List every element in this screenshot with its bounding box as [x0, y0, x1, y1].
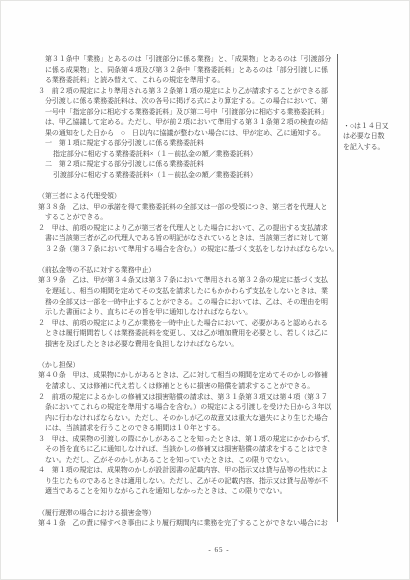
contract-line: り生じたものであるときは適用しない。ただし、乙がその記載内容、指示又は貸与品等が… [38, 476, 338, 487]
contract-line: る業務委託料」と読み替えて、これらの規定を準用する。 [38, 75, 338, 86]
contract-line: に係る成果物」と、同条第４項及び第３２条中「業務委託料」とあるのは「部分引渡しに… [38, 65, 338, 76]
contract-text-block: 第３１条中「業務」とあるのは「引渡部分に係る業務」と、「成果物」とあるのは「引渡… [38, 54, 338, 529]
contract-line: （履行遅滞の場合における損害金等） [38, 508, 338, 519]
contract-line: は、甲乙協議して定める。ただし、甲が前２項において準用する第３１条第２項の検査の… [38, 117, 338, 128]
contract-line [38, 254, 338, 265]
margin-divider-rule [337, 54, 338, 522]
margin-note-line: は必要な日数 [343, 131, 407, 141]
contract-line [38, 181, 338, 192]
contract-line: を請求し、又は修補に代え若しくは修補とともに損害の賠償を請求することができる。 [38, 381, 338, 392]
contract-line: ４ 第１項の規定は、成果物のかしが設計図書の記載内容、甲の指示又は貸与品等の性状… [38, 465, 338, 476]
margin-note: ・○は１４日又は必要な日数を記入する。 [343, 121, 407, 152]
contract-line: （第三者による代理受領） [38, 191, 338, 202]
contract-line: ３２条（第３７条において準用する場合を含む。）の規定に基づく支払をしなければなら… [38, 244, 338, 255]
contract-line: その旨を直ちに乙に通知しなければ、当該かしの修補又は損害賠償の請求をすることはで… [38, 444, 338, 455]
contract-line: 一 第１項に規定する部分引渡しに係る業務委託料 [38, 138, 338, 149]
contract-line: ２ 前項の規定によるかしの修補又は損害賠償の請求は、第３１条第３項又は第４項（第… [38, 392, 338, 403]
contract-line: することができる。 [38, 212, 338, 223]
contract-line: 内に行わなければならない。ただし、そのかしが乙の故意又は重大な過失により生じた場… [38, 413, 338, 424]
contract-line: 損害を及ぼしたときは必要な費用を負担しなければならない。 [38, 339, 338, 350]
contract-line: 果の通知をした日から ○ 日以内に協議が整わない場合には、甲が定め、乙に通知する… [38, 128, 338, 139]
contract-line: 第３９条 乙は、甲が第３４条又は第３７条において準用される第３２条の規定に基づく… [38, 275, 338, 286]
contract-line: ２ 甲は、前項の規定により乙が業務を一時中止した場合において、必要があると認めら… [38, 318, 338, 329]
contract-line: 指定部分に相応する業務委託料×（１－前払金の額／業務委託料） [38, 149, 338, 160]
contract-line: ３ 甲は、成果物の引渡しの際にかしがあることを知ったときは、第１項の規定にかかわ… [38, 434, 338, 445]
contract-line: ときは履行期間若しくは業務委託料を変更し、又は乙が増加費用を必要とし、若しくは乙… [38, 328, 338, 339]
contract-line: 一号中「指定部分に相応する業務委託料」及び第二号中「引渡部分に相応する業務委託料… [38, 107, 338, 118]
contract-line: （かし担保） [38, 360, 338, 371]
margin-note-line: を記入する。 [343, 142, 407, 152]
scanned-contract-page: 第３１条中「業務」とあるのは「引渡部分に係る業務」と、「成果物」とあるのは「引渡… [0, 0, 410, 580]
contract-line [38, 349, 338, 360]
contract-line: ない。ただし、乙がそのかしがあることを知っていたときは、この限りでない。 [38, 455, 338, 466]
contract-line: 適当であることを知りながらこれを通知しなかったときは、この限りでない。 [38, 486, 338, 497]
contract-line: 二 第２項に規定する部分引渡しに係る業務委託料 [38, 159, 338, 170]
contract-line: 第４１条 乙の責に帰すべき事由により履行期間内に業務を完了することができない場合… [38, 518, 338, 529]
contract-line: 条においてこれらの規定を準用する場合を含む。）の規定による引渡しを受けた日から３… [38, 402, 338, 413]
contract-line: 第４０条 甲は、成果物にかしがあるときは、乙に対して相当の期間を定めてそのかしの… [38, 370, 338, 381]
page-number: - 65 - [30, 546, 408, 554]
contract-line: 務の全部又は一部を一時中止することができる。この場合においては、乙は、その理由を… [38, 297, 338, 308]
contract-line: （前払金等の不払に対する業務中止） [38, 265, 338, 276]
contract-line [38, 497, 338, 508]
contract-line: ３ 前２項の規定により準用される第３２条第１項の規定により乙が請求することができ… [38, 86, 338, 97]
margin-note-line: ・○は１４日又 [343, 121, 407, 131]
contract-line: 示した書面により、直ちにその旨を甲に通知しなければならない。 [38, 307, 338, 318]
contract-line: 第３８条 乙は、甲の承諾を得て業務委託料の全部又は一部の受領につき、第三者を代理… [38, 202, 338, 213]
contract-line: 書に当該第三者が乙の代理人である旨の明記がなされているときは、当該第三者に対して… [38, 233, 338, 244]
contract-line: 第３１条中「業務」とあるのは「引渡部分に係る業務」と、「成果物」とあるのは「引渡… [38, 54, 338, 65]
contract-line: 引渡部分に相応する業務委託料×（１－前払金の額／業務委託料） [38, 170, 338, 181]
contract-line: 分引渡しに係る業務委託料は、次の各号に掲げる式により算定する。この場合において、… [38, 96, 338, 107]
contract-line: を遅延し、相当の期間を定めてその支払を請求したにもかかわらず支払をしないときは、… [38, 286, 338, 297]
contract-line: ２ 甲は、前項の規定により乙が第三者を代理人とした場合において、乙の提出する支払… [38, 223, 338, 234]
contract-line: には、当該請求を行うことのできる期間は１０年とする。 [38, 423, 338, 434]
